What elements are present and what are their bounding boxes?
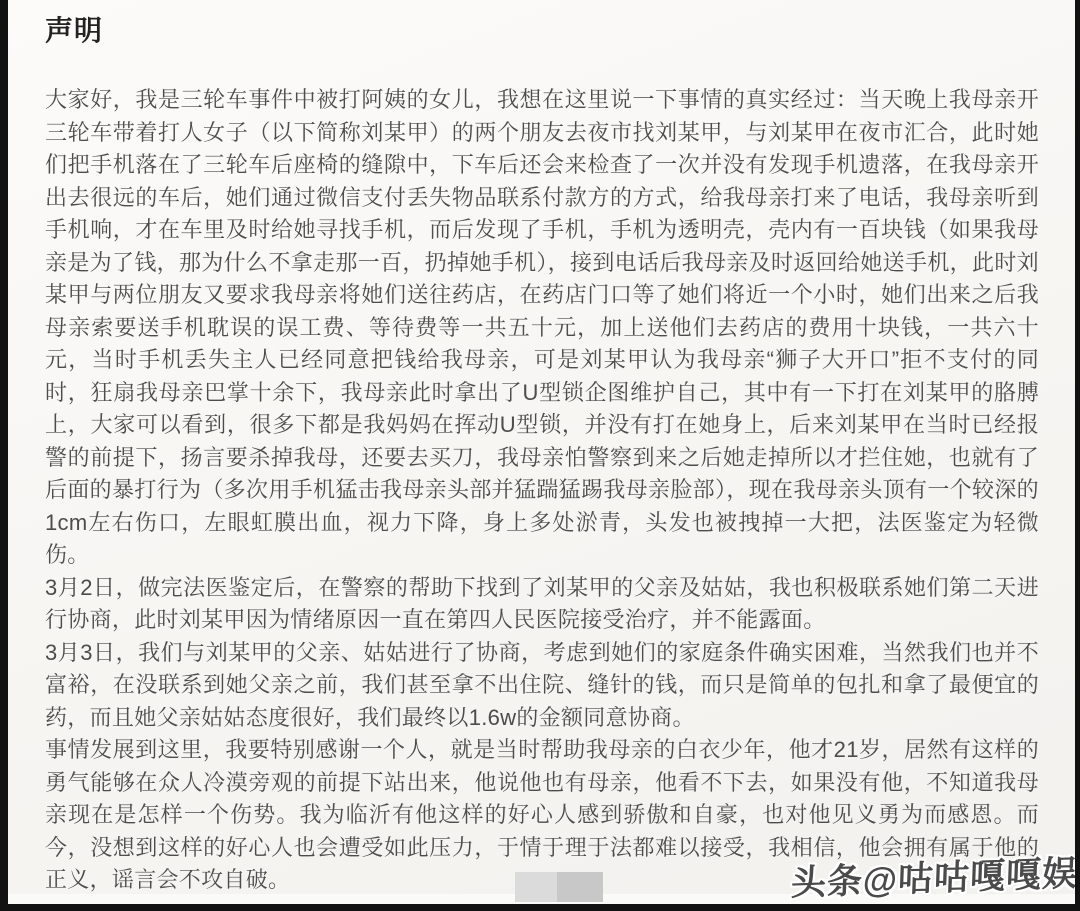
- statement-document: 声明 大家好，我是三轮车事件中被打阿姨的女儿，我想在这里说一下事情的真实经过：当…: [45, 14, 1039, 897]
- censored-region: [515, 872, 603, 902]
- paragraph-march-3: 3月3日，我们与刘某甲的父亲、姑姑进行了协商，考虑到她们的家庭条件确实困难，当然…: [45, 637, 1039, 735]
- document-body: 大家好，我是三轮车事件中被打阿姨的女儿，我想在这里说一下事情的真实经过：当天晚上…: [45, 84, 1039, 897]
- photo-border-left: [0, 0, 8, 911]
- paragraph-incident-account: 大家好，我是三轮车事件中被打阿姨的女儿，我想在这里说一下事情的真实经过：当天晚上…: [45, 84, 1039, 572]
- paragraph-march-2: 3月2日，做完法医鉴定后，在警察的帮助下找到了刘某甲的父亲及姑姑，我也积极联系她…: [45, 572, 1039, 637]
- watermark-text: 头条@咕咕嘎嘎娱: [790, 854, 1078, 903]
- photo-border-bottom: [0, 904, 1080, 911]
- photo-border-right: [1075, 0, 1080, 911]
- statement-photo: 声明 大家好，我是三轮车事件中被打阿姨的女儿，我想在这里说一下事情的真实经过：当…: [0, 0, 1080, 911]
- document-title: 声明: [45, 14, 1039, 48]
- watermark: 头条@咕咕嘎嘎娱: [790, 846, 1079, 906]
